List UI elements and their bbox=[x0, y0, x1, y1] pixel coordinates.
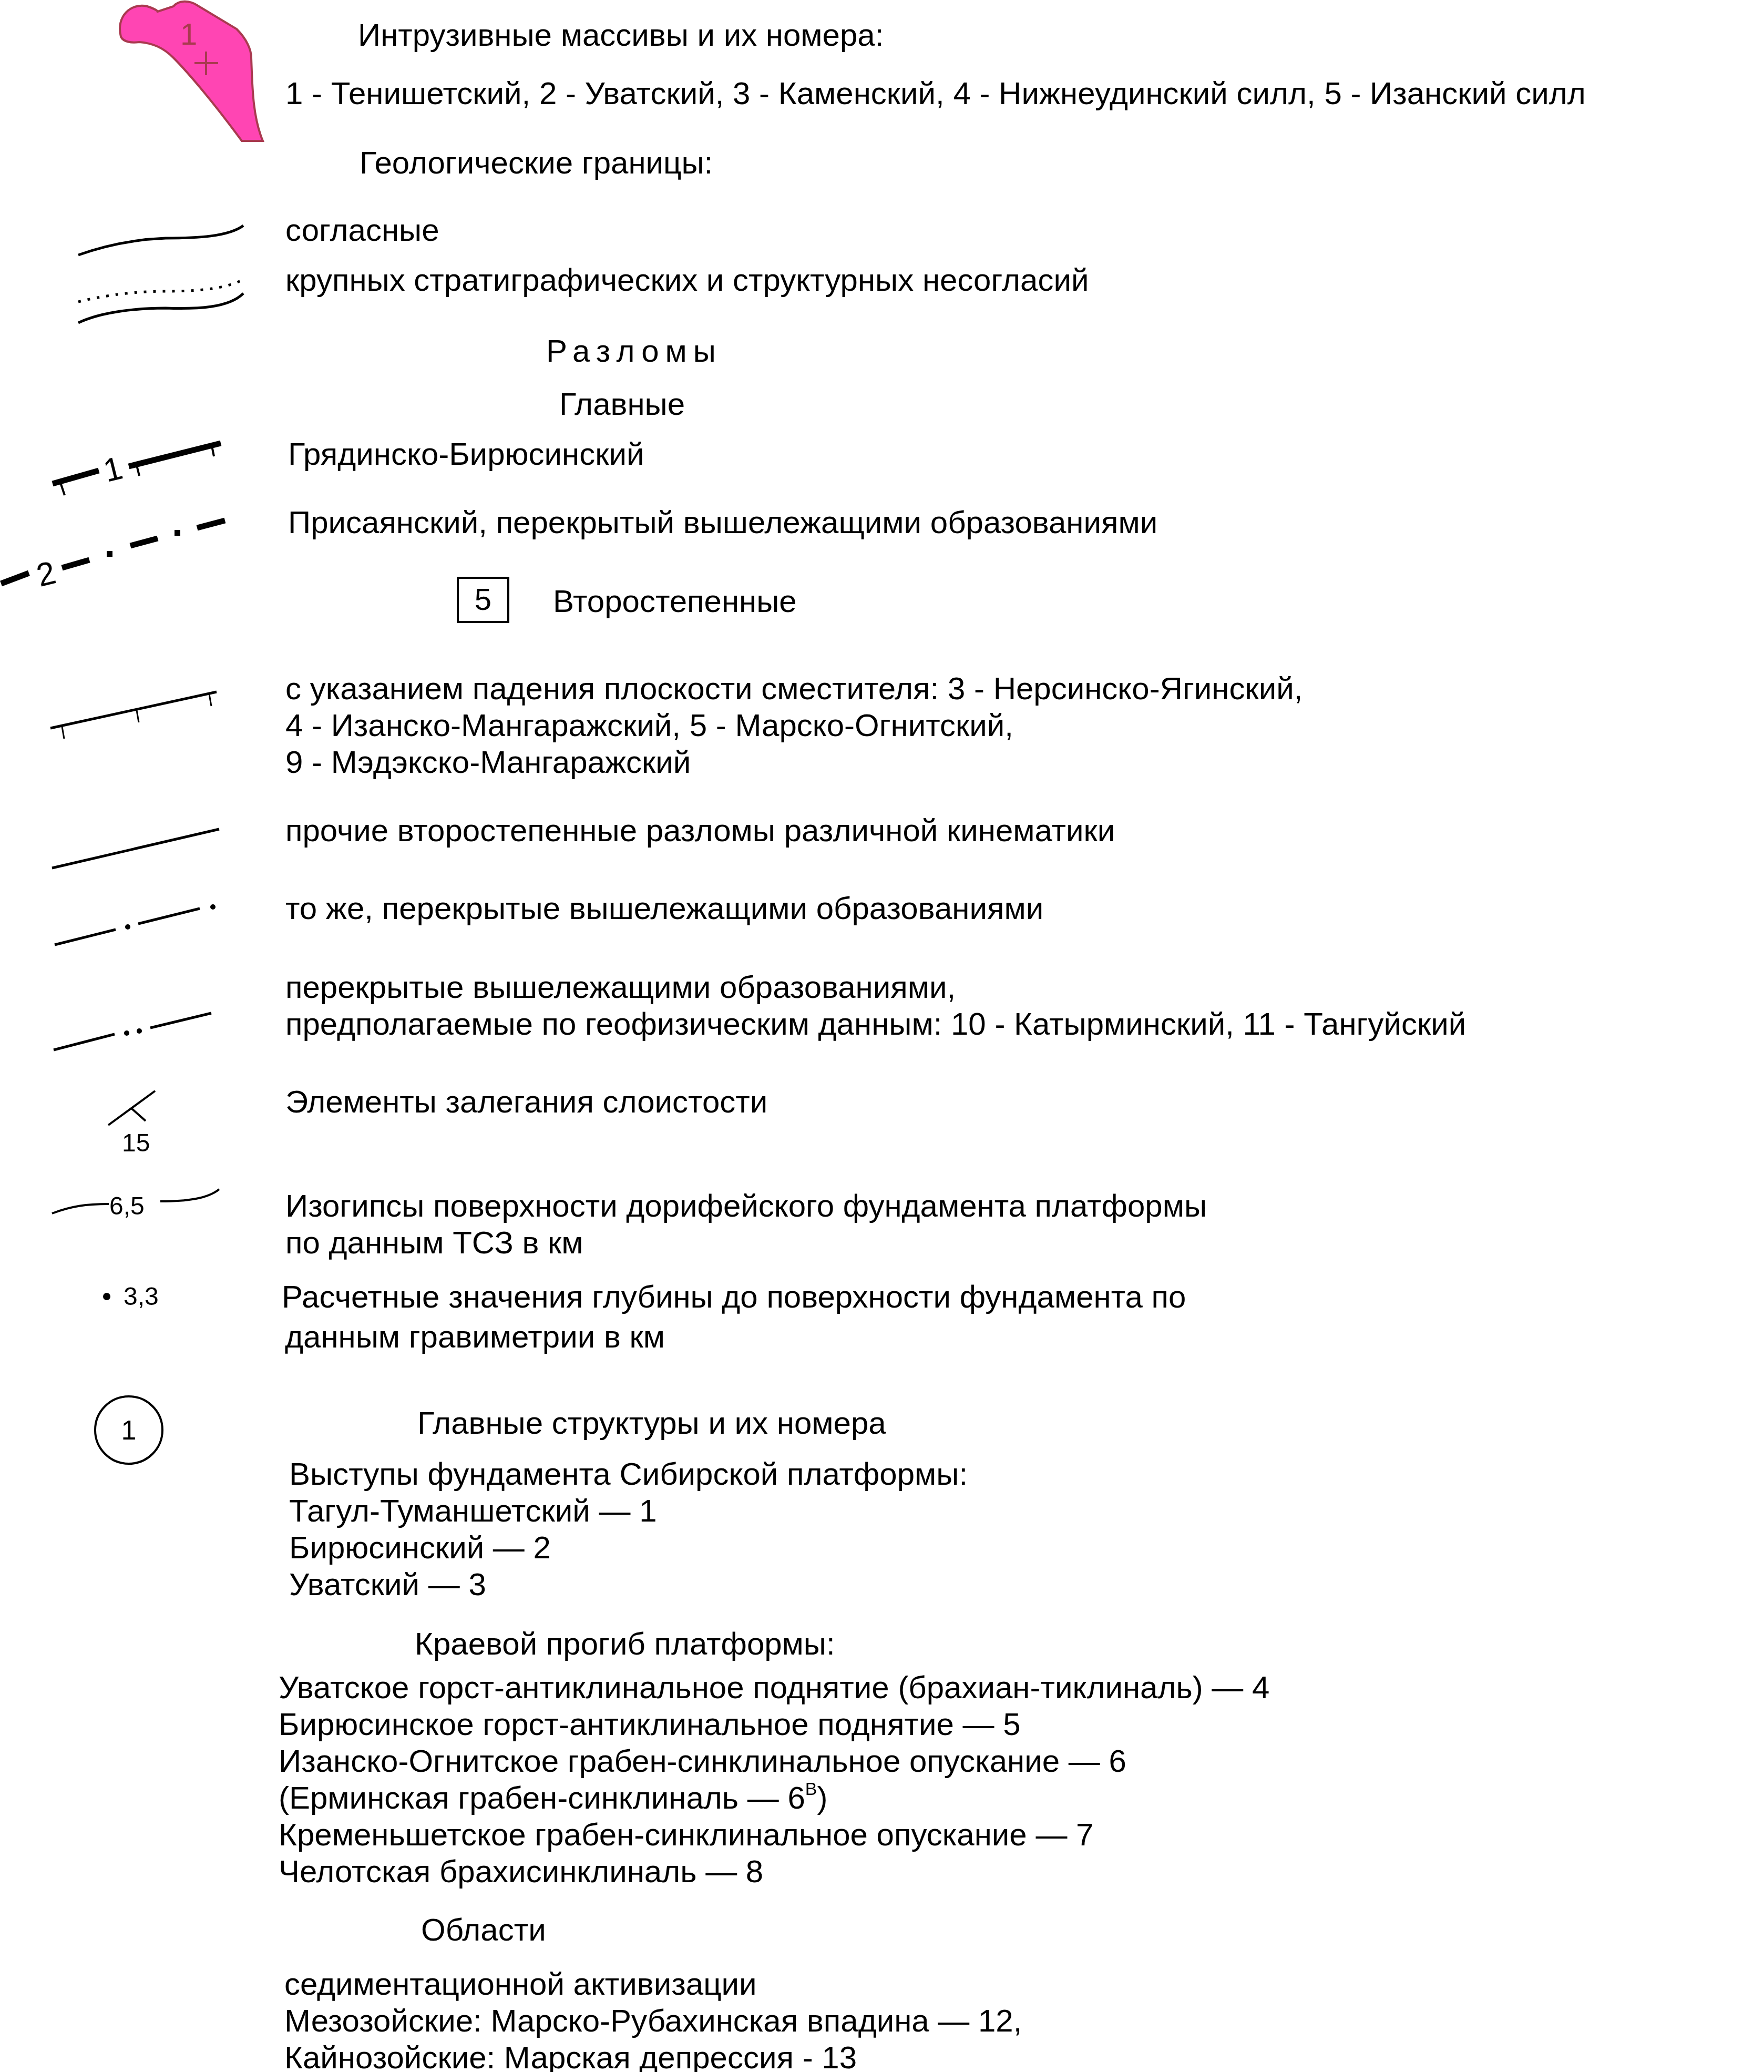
areas-block: седиментационной активизации Мезозойские… bbox=[284, 1966, 1022, 2072]
dotted-unconformity-line-icon bbox=[76, 279, 250, 326]
gravity-line-1: Расчетные значения глубины до поверхност… bbox=[282, 1279, 1186, 1315]
fault-main-2-label: Присаянский, перекрытый вышележащими обр… bbox=[288, 504, 1157, 541]
strike-dip-symbol-icon: 15 bbox=[105, 1091, 168, 1154]
trough-item: Челотская брахисинклиналь — 8 bbox=[279, 1853, 1269, 1890]
thick-fault-line-1-icon: 1 bbox=[47, 439, 226, 497]
svg-text:15: 15 bbox=[122, 1129, 150, 1157]
faults-secondary-title: Второстепенные bbox=[553, 583, 797, 620]
fault-secondary-geophys-label: перекрытые вышележащими образованиями, п… bbox=[285, 969, 1466, 1043]
platform-title: Выступы фундамента Сибирской платформы: bbox=[289, 1456, 968, 1493]
faults-title: Разломы bbox=[546, 333, 722, 370]
fault-main-1-label: Грядинско-Бирюсинский bbox=[288, 436, 644, 473]
areas-item: Мезозойские: Марско-Рубахинская впадина … bbox=[284, 2003, 1022, 2039]
bedding-label: Элементы залегания слоистости bbox=[285, 1084, 767, 1120]
fault-secondary-covered-label: то же, перекрытые вышележащими образован… bbox=[285, 890, 1043, 927]
svg-text:1: 1 bbox=[121, 1415, 137, 1446]
fault-secondary-dip-line-3: 9 - Мэдэкско-Мангаражский bbox=[285, 744, 1303, 781]
svg-text:6,5: 6,5 bbox=[109, 1192, 145, 1220]
trough-title: Краевой прогиб платформы: bbox=[415, 1626, 835, 1662]
trough-item: Уватское горст-антиклинальное поднятие (… bbox=[279, 1669, 1269, 1706]
thin-fault-line-icon bbox=[50, 828, 223, 870]
solid-boundary-line-icon bbox=[76, 223, 250, 266]
svg-text:1: 1 bbox=[100, 450, 126, 489]
fault-secondary-dip-line-2: 4 - Изанско-Мангаражский, 5 - Марско-Огн… bbox=[285, 707, 1303, 744]
areas-title: Области bbox=[421, 1912, 546, 1948]
structures-title: Главные структуры и их номера bbox=[417, 1405, 886, 1442]
intrusion-massif-icon: 1 bbox=[84, 0, 242, 147]
boundary-conformable-label: согласные bbox=[285, 212, 439, 249]
platform-item: Уватский — 3 bbox=[289, 1566, 968, 1603]
trough-block: Уватское горст-антиклинальное поднятие (… bbox=[279, 1669, 1269, 1890]
intrusions-list: 1 - Тенишетский, 2 - Уватский, 3 - Камен… bbox=[285, 75, 1586, 112]
dash-dot-fault-line-2-icon: 2 bbox=[0, 520, 231, 589]
trough-item: Изанско-Огнитское грабен-синклинальное о… bbox=[279, 1743, 1269, 1780]
trough-item: Бирюсинское горст-антиклинальное подняти… bbox=[279, 1706, 1269, 1743]
trough-item-sub: (Ерминская грабен-синклиналь — 6В) bbox=[279, 1780, 1269, 1816]
svg-text:2: 2 bbox=[33, 554, 59, 594]
fault-secondary-geophys-line-2: предполагаемые по геофизическим данным: … bbox=[285, 1006, 1466, 1043]
gravity-label: Расчетные значения глубины до поверхност… bbox=[282, 1279, 1186, 1355]
isohypses-line-1: Изогипсы поверхности дорифейского фундам… bbox=[285, 1188, 1207, 1224]
boundaries-title: Геологические границы: bbox=[360, 145, 713, 181]
platform-block: Выступы фундамента Сибирской платформы: … bbox=[289, 1456, 968, 1603]
fault-with-dip-ticks-icon bbox=[47, 689, 221, 741]
svg-text:3,3: 3,3 bbox=[124, 1283, 159, 1311]
platform-item: Бирюсинский — 2 bbox=[289, 1529, 968, 1566]
areas-item: Кайнозойские: Марская депрессия - 13 bbox=[284, 2039, 1022, 2072]
fault-secondary-geophys-line-1: перекрытые вышележащими образованиями, bbox=[285, 969, 1466, 1006]
fault-secondary-dip-label: с указанием падения плоскости сместителя… bbox=[285, 670, 1303, 781]
structure-number-circle-icon: 1 bbox=[92, 1393, 166, 1467]
intrusions-title: Интрузивные массивы и их номера: bbox=[358, 17, 884, 54]
isohypses-line-2: по данным ТСЗ в км bbox=[285, 1224, 1207, 1261]
secondary-faults-number-box: 5 bbox=[457, 577, 509, 623]
areas-item: седиментационной активизации bbox=[284, 1966, 1022, 2003]
fault-secondary-dip-line-1: с указанием падения плоскости сместителя… bbox=[285, 670, 1303, 707]
dashed-double-dot-fault-line-icon bbox=[53, 1012, 221, 1054]
faults-main-title: Главные bbox=[559, 386, 685, 423]
svg-text:1: 1 bbox=[180, 17, 197, 52]
isohypses-label: Изогипсы поверхности дорифейского фундам… bbox=[285, 1188, 1207, 1261]
platform-item: Тагул-Туманшетский — 1 bbox=[289, 1493, 968, 1529]
trough-item: Кременьшетское грабен-синклинальное опус… bbox=[279, 1816, 1269, 1853]
boundary-unconformity-label: крупных стратиграфических и структурных … bbox=[285, 262, 1089, 299]
point-dot-icon: 3,3 bbox=[100, 1272, 179, 1314]
fault-secondary-other-label: прочие второстепенные разломы различной … bbox=[285, 812, 1115, 849]
dashed-dot-fault-line-icon bbox=[53, 907, 221, 949]
isohypse-line-icon: 6,5 bbox=[50, 1183, 223, 1225]
gravity-line-2: данным гравиметрии в км bbox=[282, 1319, 1186, 1355]
